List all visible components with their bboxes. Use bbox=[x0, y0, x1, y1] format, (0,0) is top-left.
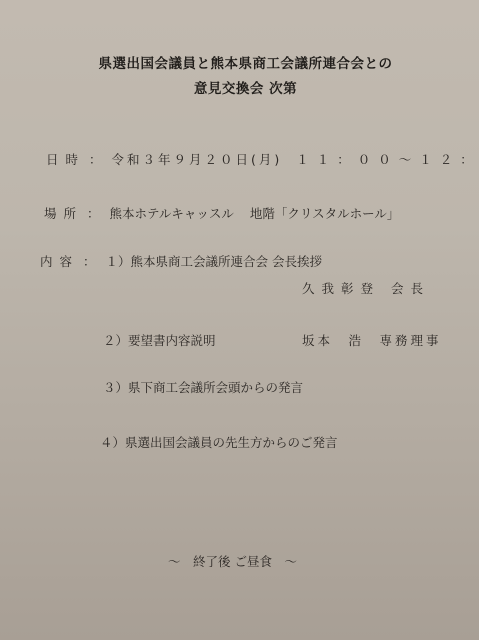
venue-room: 地階「クリスタルホール」 bbox=[250, 206, 400, 221]
agenda-colon: ： bbox=[83, 252, 96, 270]
agenda-row: 内容：１）熊本県商工会議所連合会 会長挨拶 bbox=[40, 252, 322, 270]
agenda-item-2-num: ２） bbox=[103, 333, 128, 348]
document-title-line2: 意見交換会 次第 bbox=[6, 77, 479, 97]
agenda-label: 内容 bbox=[40, 252, 79, 270]
agenda-item-3-num: ３） bbox=[103, 380, 128, 395]
venue-row: 場所：熊本ホテルキャッスル地階「クリスタルホール」 bbox=[44, 204, 399, 222]
venue-label: 場所 bbox=[44, 204, 83, 222]
document-title-line1: 県選出国会議員と熊本県商工会議所連合会との bbox=[6, 52, 479, 72]
agenda-item-1-text: 熊本県商工会議所連合会 会長挨拶 bbox=[131, 254, 322, 269]
agenda-item-4: ４）県選出国会議員の先生方からのご発言 bbox=[100, 433, 338, 451]
agenda-item-2: ２）要望書内容説明 bbox=[103, 331, 216, 349]
datetime-label: 日時 bbox=[46, 150, 85, 168]
document-page: 県選出国会議員と熊本県商工会議所連合会との 意見交換会 次第 日時：令和３年９月… bbox=[0, 0, 479, 640]
datetime-row: 日時：令和３年９月２０日(月)１１：００〜１２：３０ bbox=[46, 150, 479, 168]
agenda-item-3: ３）県下商工会議所会頭からの発言 bbox=[103, 378, 303, 396]
agenda-item-3-text: 県下商工会議所会頭からの発言 bbox=[128, 380, 303, 395]
agenda-item-1-speaker: 久我彰登 会長 bbox=[302, 279, 430, 297]
datetime-date: 令和３年９月２０日(月) bbox=[112, 152, 283, 167]
venue-hotel: 熊本ホテルキャッスル bbox=[110, 206, 234, 221]
agenda-item-4-text: 県選出国会議員の先生方からのご発言 bbox=[125, 435, 338, 450]
agenda-item-1-num: １） bbox=[106, 254, 131, 269]
datetime-colon: ： bbox=[89, 150, 102, 168]
venue-colon: ： bbox=[87, 204, 100, 222]
closing-note: 〜 終了後 ご昼食 〜 bbox=[168, 552, 297, 570]
agenda-item-2-speaker: 坂本 浩 専務理事 bbox=[302, 331, 442, 349]
datetime-time: １１：００〜１２：３０ bbox=[296, 152, 479, 167]
agenda-item-4-num: ４） bbox=[100, 435, 125, 450]
agenda-item-2-text: 要望書内容説明 bbox=[128, 333, 216, 348]
